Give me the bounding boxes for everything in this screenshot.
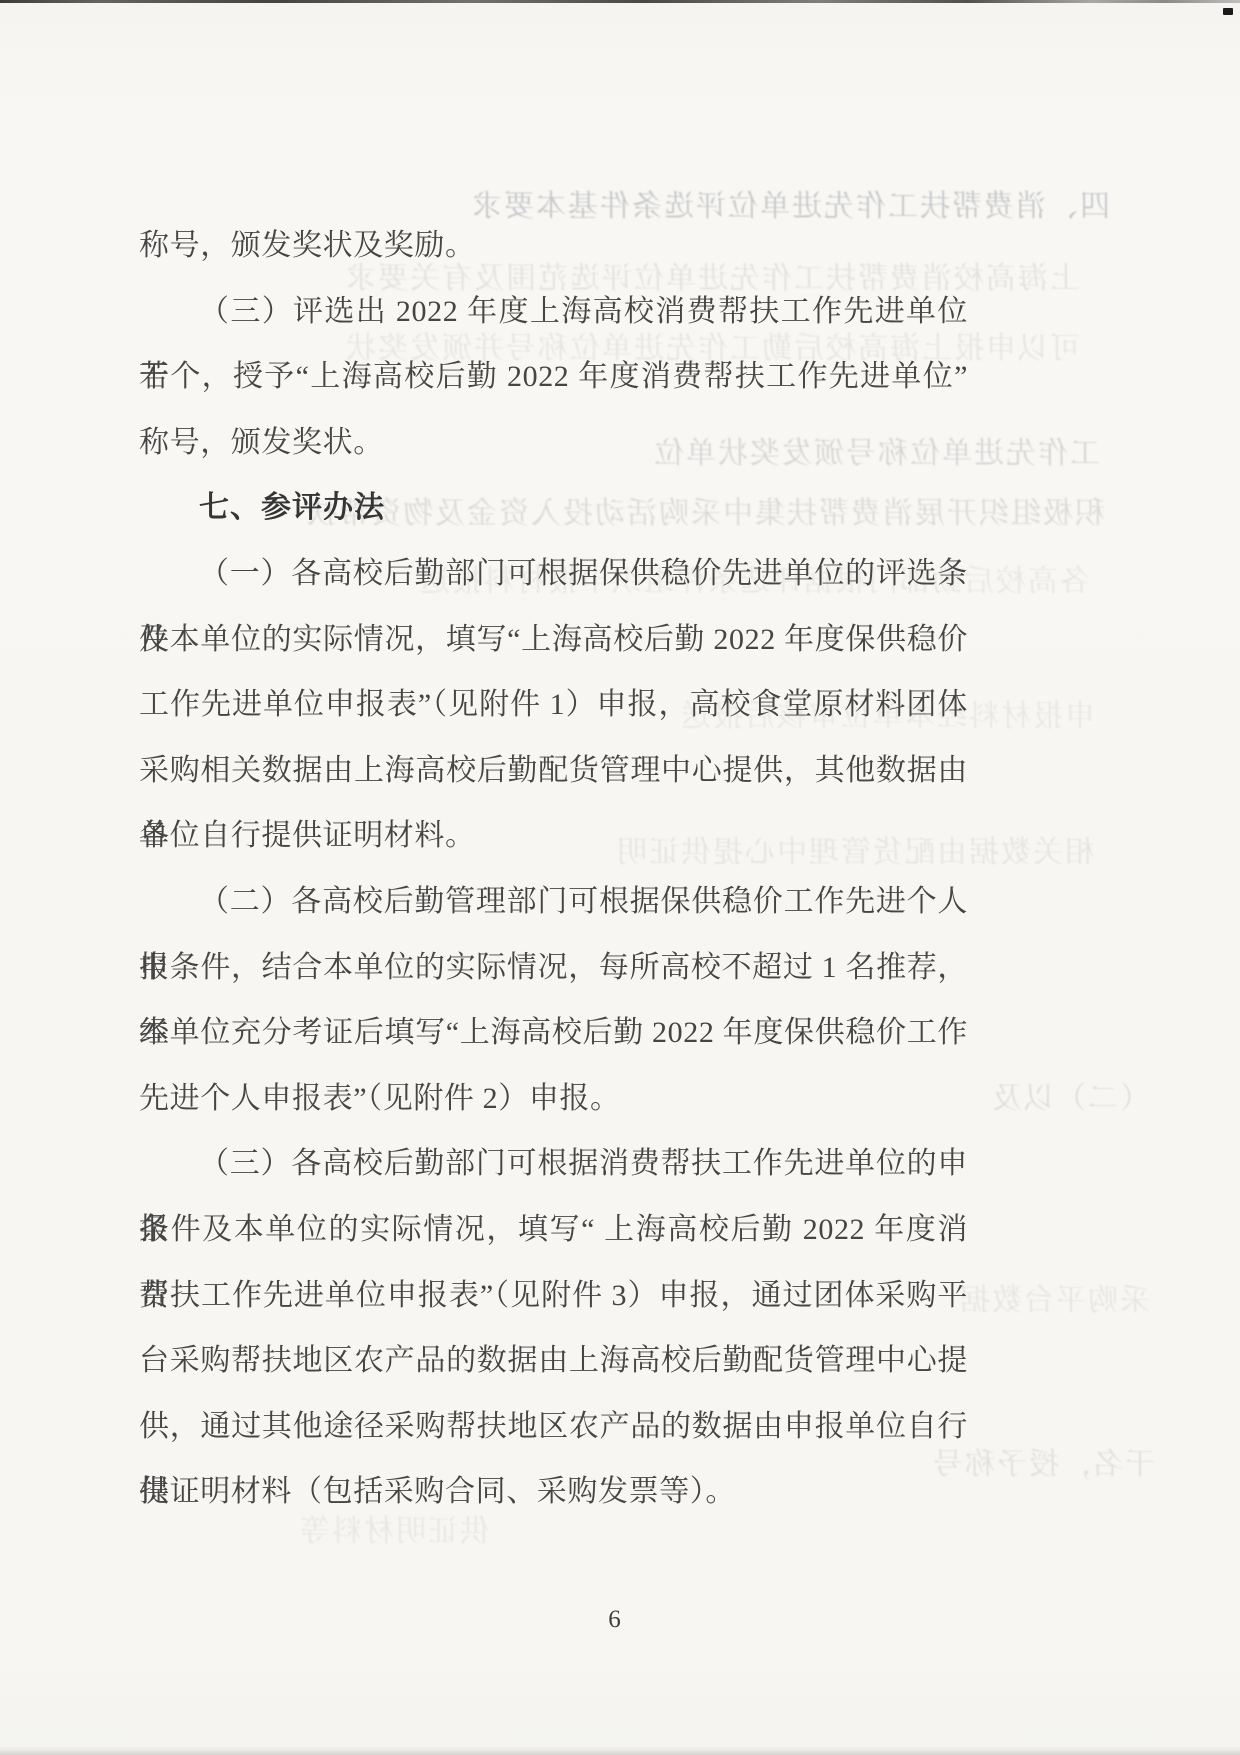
text-line: （一）各高校后勤部门可根据保供稳价先进单位的评选条件 (139, 541, 968, 607)
document-body: 称号，颁发奖状及奖励。（三）评选出 2022 年度上海高校消费帮扶工作先进单位若… (139, 213, 968, 1525)
text-line: 及本单位的实际情况，填写“上海高校后勤 2022 年度保供稳价 (139, 607, 968, 673)
text-line: （三）评选出 2022 年度上海高校消费帮扶工作先进单位若 (139, 279, 968, 345)
text-line: 台采购帮扶地区农产品的数据由上海高校后勤配货管理中心提 (139, 1328, 968, 1394)
text-line: 供证明材料（包括采购合同、采购发票等）。 (139, 1459, 968, 1525)
text-line: 条件及本单位的实际情况，填写“ 上海高校后勤 2022 年度消费 (139, 1197, 968, 1263)
text-line: 干个，授予“上海高校后勤 2022 年度消费帮扶工作先进单位” (139, 344, 968, 410)
text-line: 帮扶工作先进单位申报表”（见附件 3）申报，通过团体采购平 (139, 1263, 968, 1329)
scan-bottom-edge-artifact (0, 1746, 1240, 1755)
text-line: 工作先进单位申报表”（见附件 1）申报，高校食堂原材料团体 (139, 672, 968, 738)
page-number: 6 (0, 1606, 1230, 1634)
scan-top-edge-artifact (0, 0, 1240, 3)
text-line: （三）各高校后勤部门可根据消费帮扶工作先进单位的申报 (139, 1131, 968, 1197)
text-line: （二）各高校后勤管理部门可根据保供稳价工作先进个人申 (139, 869, 968, 935)
scanned-document-page: 四、消费帮扶工作先进单位评选条件基本要求上海高校消费帮扶工作先进单位评选范围及有… (0, 0, 1240, 1755)
scan-corner-mark (1223, 8, 1233, 15)
text-line: 采购相关数据由上海高校后勤配货管理中心提供，其他数据由各 (139, 738, 968, 804)
bleedthrough-text: （二）以及 (985, 1082, 1150, 1116)
section-heading: 七、参评办法 (139, 475, 968, 541)
text-line: 报条件，结合本单位的实际情况，每所高校不超过 1 名推荐，经 (139, 935, 968, 1001)
text-line: 单位自行提供证明材料。 (139, 803, 968, 869)
text-line: 称号，颁发奖状及奖励。 (139, 213, 968, 279)
text-line: 供，通过其他途径采购帮扶地区农产品的数据由申报单位自行提 (139, 1394, 968, 1460)
text-line: 本单位充分考证后填写“上海高校后勤 2022 年度保供稳价工作 (139, 1000, 968, 1066)
text-line: 先进个人申报表”（见附件 2）申报。 (139, 1066, 968, 1132)
text-line: 称号，颁发奖状。 (139, 410, 968, 476)
